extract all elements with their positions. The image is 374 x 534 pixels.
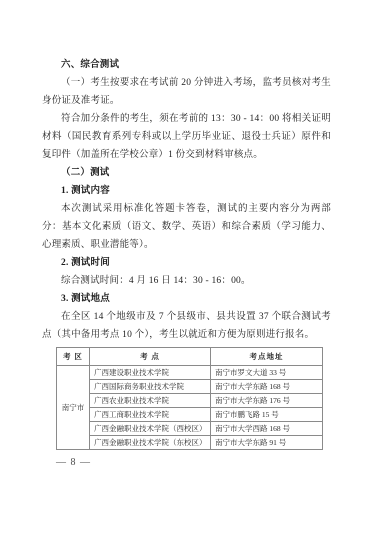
document-page: 六、综合测试 （一）考生按要求在考试前 20 分钟进入考场，监考员核对考生身份证… bbox=[0, 0, 374, 534]
table-row: 广西农业职业技术学院 南宁市大学东路 176 号 bbox=[57, 394, 323, 408]
table-row: 广西国际商务职业技术学院 南宁市大学东路 168 号 bbox=[57, 380, 323, 394]
college-cell: 广西建设职业技术学院 bbox=[90, 366, 211, 380]
college-cell: 广西工商职业技术学院 bbox=[90, 408, 211, 422]
paragraph-test-content: 本次测试采用标准化答题卡答卷，测试的主要内容分为两部分：基本文化素质（语文、数学… bbox=[42, 200, 331, 254]
address-cell: 南宁市大学东路 168 号 bbox=[211, 380, 323, 394]
table-row: 南宁市 广西建设职业技术学院 南宁市罗文大道 33 号 bbox=[57, 366, 323, 380]
table-row: 广西金融职业技术学院（东校区） 南宁市大学东路 91 号 bbox=[57, 436, 323, 450]
college-cell: 广西金融职业技术学院（西校区） bbox=[90, 422, 211, 436]
college-cell: 广西国际商务职业技术学院 bbox=[90, 380, 211, 394]
paragraph-test-location: 在全区 14 个地级市及 7 个县级市、县共设置 37 个联合测试考点（其中备用… bbox=[42, 308, 331, 344]
address-cell: 南宁市大学西路 168 号 bbox=[211, 422, 323, 436]
subheading-test-location: 3. 测试地点 bbox=[42, 290, 331, 308]
subsection-heading-test: （二）测试 bbox=[42, 164, 331, 182]
page-number: — 8 — bbox=[56, 457, 331, 468]
table-header-address: 考点地址 bbox=[211, 348, 323, 366]
address-cell: 南宁市鹏飞路 15 号 bbox=[211, 408, 323, 422]
table-row: 广西金融职业技术学院（西校区） 南宁市大学西路 168 号 bbox=[57, 422, 323, 436]
address-cell: 南宁市罗文大道 33 号 bbox=[211, 366, 323, 380]
address-cell: 南宁市大学东路 176 号 bbox=[211, 394, 323, 408]
test-sites-table: 考 区 考 点 考点地址 南宁市 广西建设职业技术学院 南宁市罗文大道 33 号… bbox=[56, 347, 323, 450]
college-cell: 广西农业职业技术学院 bbox=[90, 394, 211, 408]
table-header-row: 考 区 考 点 考点地址 bbox=[57, 348, 323, 366]
paragraph-bonus-materials: 符合加分条件的考生，须在考前的 13：30 - 14：00 将相关证明材料（国民… bbox=[42, 110, 331, 164]
subheading-test-content: 1. 测试内容 bbox=[42, 182, 331, 200]
table-row: 广西工商职业技术学院 南宁市鹏飞路 15 号 bbox=[57, 408, 323, 422]
college-cell: 广西金融职业技术学院（东校区） bbox=[90, 436, 211, 450]
subheading-test-time: 2. 测试时间 bbox=[42, 254, 331, 272]
table-header-region: 考 区 bbox=[57, 348, 90, 366]
paragraph-test-time: 综合测试时间：4 月 16 日 14：30 - 16：00。 bbox=[42, 272, 331, 290]
paragraph-entry-rules: （一）考生按要求在考试前 20 分钟进入考场，监考员核对考生身份证及准考证。 bbox=[42, 74, 331, 110]
region-cell: 南宁市 bbox=[57, 366, 90, 450]
section-heading: 六、综合测试 bbox=[42, 56, 331, 74]
address-cell: 南宁市大学东路 91 号 bbox=[211, 436, 323, 450]
table-header-site: 考 点 bbox=[90, 348, 211, 366]
